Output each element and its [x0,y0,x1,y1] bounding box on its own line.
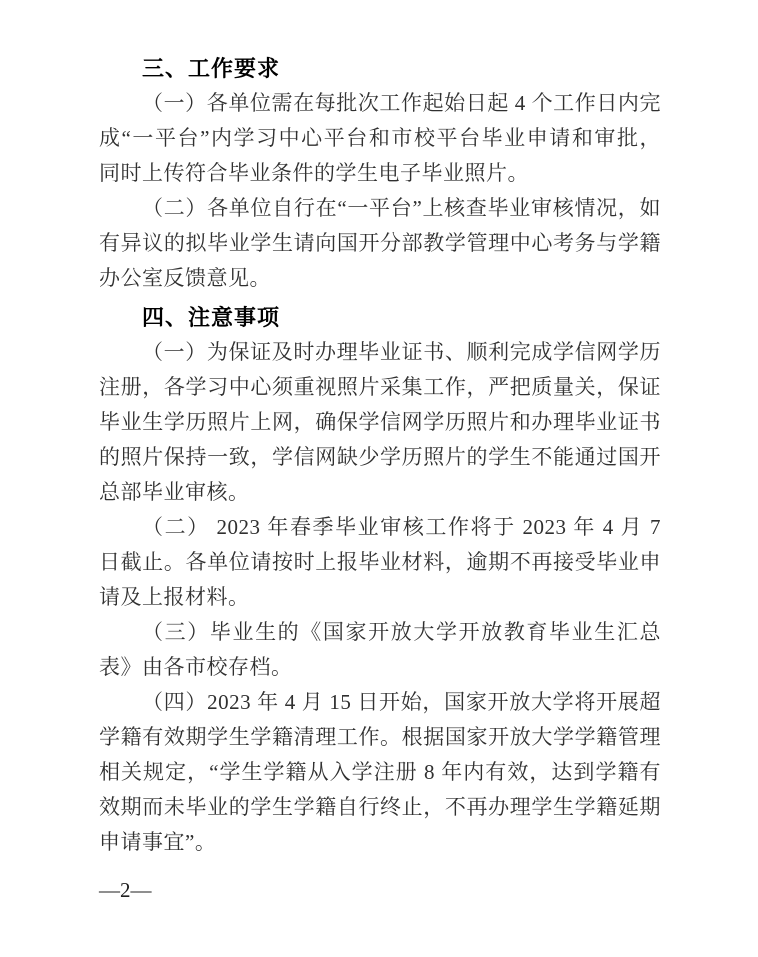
page-number: —2— [99,875,152,905]
document-page: 三、工作要求 （一）各单位需在每批次工作起始日起 4 个工作日内完成“一平台”内… [0,0,758,957]
paragraph: （二）各单位自行在“一平台”上核查毕业审核情况，如有异议的拟毕业学生请向国开分部… [99,191,661,296]
section-heading-work-requirements: 三、工作要求 [99,51,661,86]
paragraph: （四）2023 年 4 月 15 日开始，国家开放大学将开展超学籍有效期学生学籍… [99,685,661,860]
section-heading-notes: 四、注意事项 [99,300,661,335]
paragraph: （二） 2023 年春季毕业审核工作将于 2023 年 4 月 7 日截止。各单… [99,510,661,615]
paragraph: （一）各单位需在每批次工作起始日起 4 个工作日内完成“一平台”内学习中心平台和… [99,86,661,191]
paragraph: （一）为保证及时办理毕业证书、顺利完成学信网学历注册，各学习中心须重视照片采集工… [99,335,661,510]
paragraph: （三）毕业生的《国家开放大学开放教育毕业生汇总表》由各市校存档。 [99,615,661,685]
document-content: 三、工作要求 （一）各单位需在每批次工作起始日起 4 个工作日内完成“一平台”内… [99,51,661,860]
